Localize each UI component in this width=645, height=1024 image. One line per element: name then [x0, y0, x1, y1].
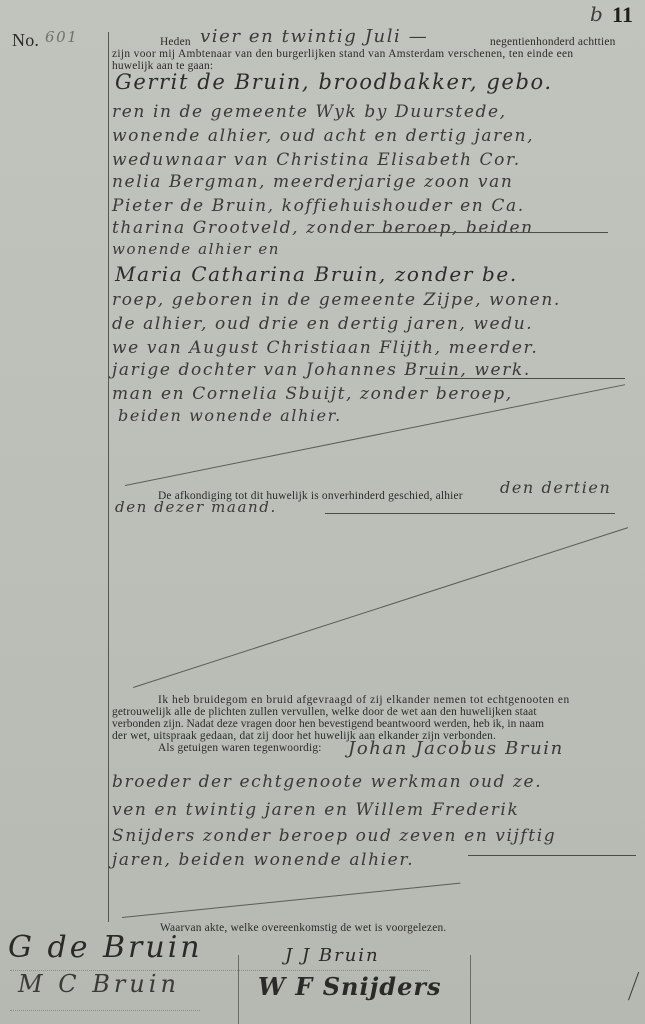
party-line: roep, geboren in de gemeente Zijpe, wone… [112, 290, 561, 310]
signature-groom: G de Bruin [8, 930, 203, 965]
header-year: negentienhonderd achttien [490, 36, 616, 48]
fill-rule [358, 232, 608, 233]
page-mark: b [590, 2, 603, 26]
closing-text: Waarvan akte, welke overeenkomstig de we… [160, 922, 446, 934]
strike-line [133, 527, 628, 688]
party-line: man en Cornelia Sbuijt, zonder beroep, [112, 384, 513, 404]
party-line: Maria Catharina Bruin, zonder be. [115, 262, 518, 286]
party-line: Pieter de Bruin, koffiehuishouder en Ca. [112, 196, 525, 216]
announcement-date-2: den dezer maand. [115, 498, 277, 516]
signature-line [10, 1010, 200, 1011]
signature-witness-1: J J Bruin [285, 945, 380, 966]
record-number: 601 [45, 28, 78, 46]
pen-mark [628, 972, 639, 1001]
fill-rule [468, 855, 636, 856]
party-line: wonende alhier, oud acht en dertig jaren… [112, 126, 534, 146]
fill-rule [325, 513, 615, 514]
witnesses-label: Als getuigen waren tegenwoordig: [158, 742, 322, 754]
party-line: beiden wonende alhier. [118, 406, 342, 425]
party-line: tharina Grootveld, zonder beroep, beiden [112, 218, 534, 238]
margin-line [108, 32, 109, 922]
header-line-2: zijn voor mij Ambtenaar van den burgerli… [112, 48, 573, 60]
witness-line: Snijders zonder beroep oud zeven en vijf… [112, 826, 556, 846]
signature-divider [238, 955, 239, 1024]
party-line: jarige dochter van Johannes Bruin, werk. [112, 360, 531, 380]
witness-line: Johan Jacobus Bruin [348, 738, 564, 759]
strike-line [122, 883, 460, 918]
party-line: wonende alhier en [112, 240, 280, 258]
party-line: we van August Christiaan Flijth, meerder… [112, 338, 538, 358]
signature-witness-2: W F Snijders [258, 972, 442, 1001]
party-line: nelia Bergman, meerderjarige zoon van [112, 172, 513, 192]
ceremony-line: Ik heb bruidegom en bruid afgevraagd of … [158, 694, 570, 706]
page-number: 11 [612, 2, 633, 28]
ceremony-line: getrouwelijk alle de plichten zullen ver… [112, 706, 537, 718]
party-line: Gerrit de Bruin, broodbakker, gebo. [115, 70, 553, 94]
party-line: ren in de gemeente Wyk by Duurstede, [112, 102, 507, 122]
certificate-page: b 11 No. 601 Heden vier en twintig Juli … [0, 0, 645, 1024]
party-line: de alhier, oud drie en dertig jaren, wed… [112, 314, 533, 334]
signature-divider [470, 955, 471, 1024]
witness-line: broeder der echtgenoote werkman oud ze. [112, 772, 542, 792]
fill-rule [425, 378, 625, 379]
record-label: No. [12, 30, 39, 51]
ceremony-line: verbonden zijn. Nadat deze vragen door h… [112, 718, 544, 730]
witness-line: ven en twintig jaren en Willem Frederik [112, 800, 519, 820]
header-prefix: Heden [160, 36, 191, 48]
party-line: weduwnaar van Christina Elisabeth Cor. [112, 150, 521, 170]
header-date: vier en twintig Juli — [200, 26, 428, 47]
signature-bride: M C Bruin [18, 970, 180, 998]
witness-line: jaren, beiden wonende alhier. [112, 850, 414, 870]
announcement-date: den dertien [500, 478, 611, 497]
